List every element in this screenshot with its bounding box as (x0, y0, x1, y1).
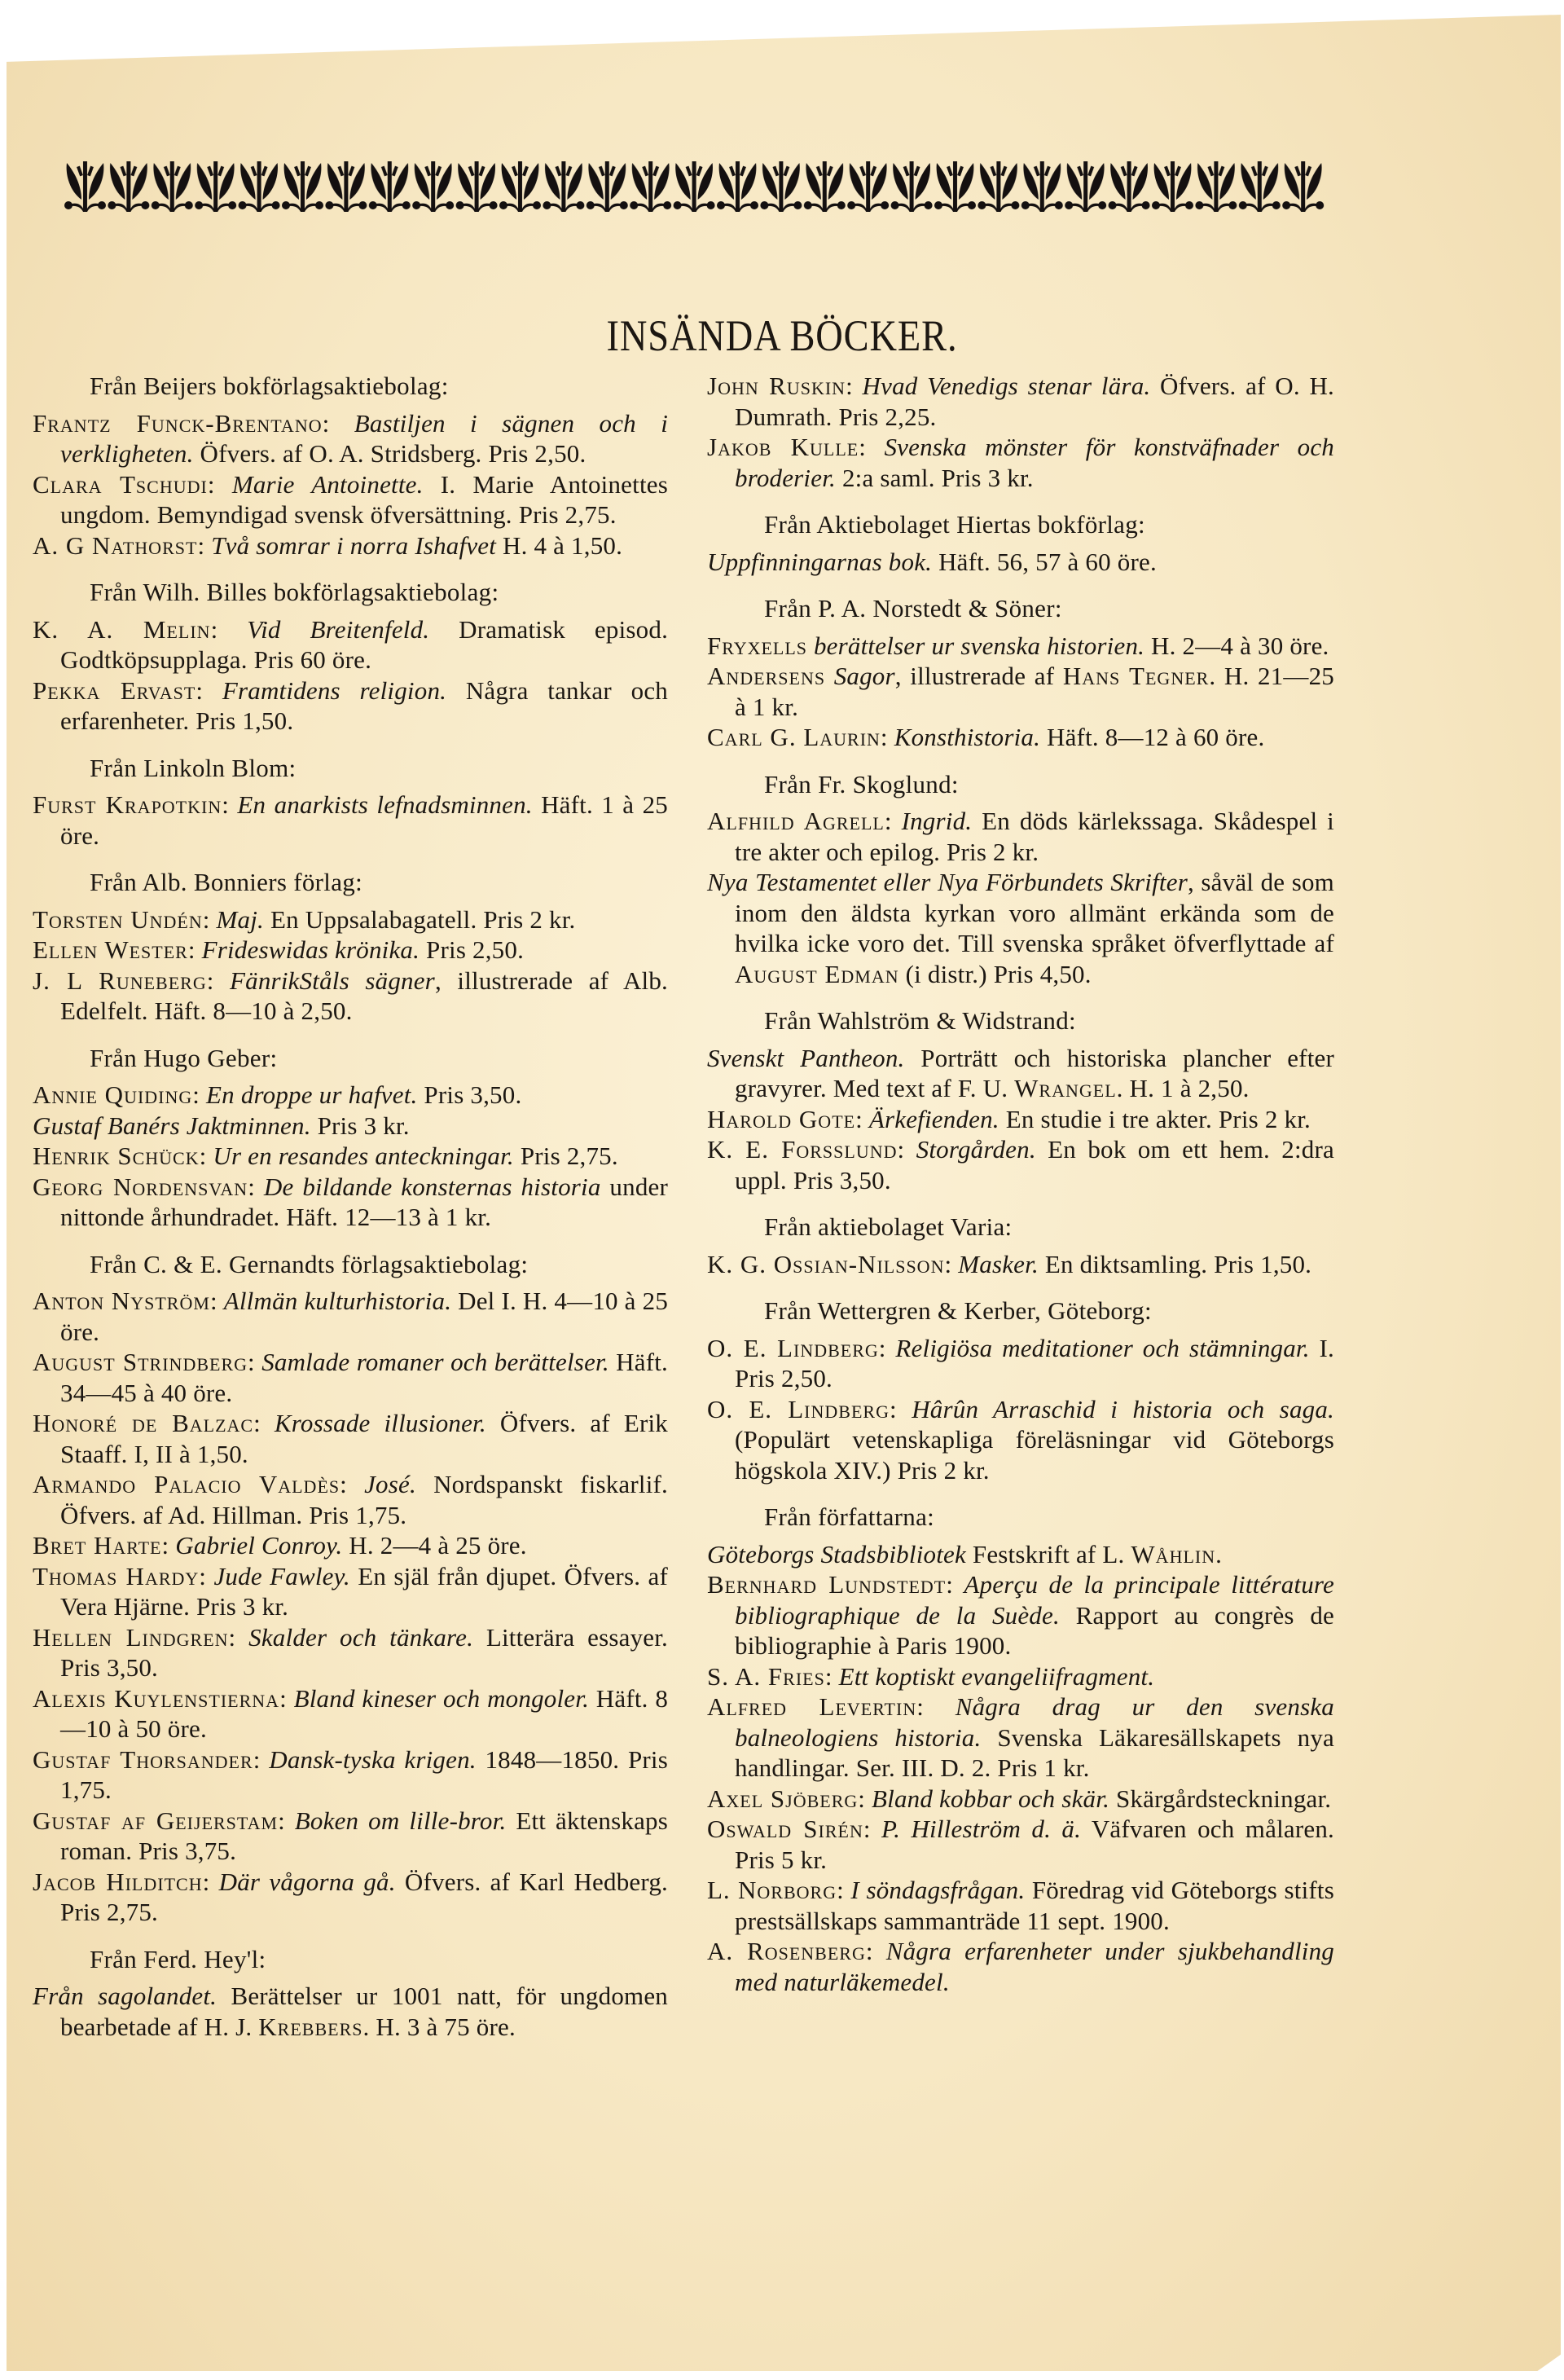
author-name: Pekka Ervast (33, 676, 195, 705)
book-entry: Ellen Wester: Frideswidas krönika. Pris … (33, 935, 668, 966)
publisher-heading: Från Wettergren & Kerber, Göteborg: (707, 1296, 1334, 1326)
book-entry: Annie Quiding: En droppe ur hafvet. Pris… (33, 1080, 668, 1111)
author-name: K. E. Forsslund (707, 1135, 897, 1164)
author-name: Thomas Hardy (33, 1562, 199, 1590)
book-entry: Torsten Undén: Maj. En Uppsalabagatell. … (33, 904, 668, 935)
entry-details: : (279, 1684, 294, 1713)
publisher-section: Från Alb. Bonniers förlag:Torsten Undén:… (33, 867, 668, 1027)
book-entry: Bret Harte: Gabriel Conroy. H. 2—4 à 25 … (33, 1530, 668, 1561)
entry-details: Häft. 8—12 à 60 öre. (1040, 723, 1264, 751)
author-name: O. E. Lindberg (707, 1395, 890, 1423)
entry-details: : (203, 1867, 219, 1896)
publisher-heading: Från Ferd. Hey'l: (33, 1944, 668, 1975)
book-entry: S. A. Fries: Ett koptiskt evangeliifragm… (707, 1661, 1334, 1692)
entry-details: : (248, 1348, 261, 1376)
book-entry: Uppfinningarnas bok. Häft. 56, 57 à 60 ö… (707, 547, 1334, 578)
page-title: INSÄNDA BÖCKER. (109, 310, 1454, 361)
entry-details: Häft. 56, 57 à 60 öre. (932, 548, 1157, 576)
publisher-heading: Från Alb. Bonniers förlag: (33, 867, 668, 898)
publisher-heading: Från Linkoln Blom: (33, 753, 668, 784)
entry-details: : (161, 1531, 175, 1560)
publisher-section: Från Wilh. Billes bokförlagsaktiebolag:K… (33, 577, 668, 737)
book-entry: Georg Nordensvan: De bildande konsternas… (33, 1172, 668, 1233)
author-name: A. G Nathorst (33, 531, 197, 560)
publisher-heading: Från Wahlström & Widstrand: (707, 1005, 1334, 1036)
publisher-section: Från Wettergren & Kerber, Göteborg:O. E.… (707, 1296, 1334, 1485)
author-name: Gustaf Thorsander (33, 1745, 253, 1774)
book-title: Bland kineser och mongoler. (294, 1684, 589, 1713)
entry-details: : (825, 1662, 839, 1691)
entry-details: : (323, 409, 354, 438)
entry-details: : (248, 1172, 264, 1201)
entry-details: En studie i tre akter. Pris 2 kr. (999, 1105, 1311, 1133)
book-title: Konsthistoria. (894, 723, 1040, 751)
book-entry: Göteborgs Stadsbibliotek Festskrift af L… (707, 1539, 1334, 1570)
book-title: FänrikStåls sägner (230, 966, 435, 995)
book-entry: Thomas Hardy: Jude Fawley. En själ från … (33, 1561, 668, 1622)
entry-details: : (846, 372, 862, 400)
publisher-heading: Från Beijers bokförlagsaktiebolag: (33, 371, 668, 402)
book-title: En anarkists lefnadsminnen. (237, 790, 532, 819)
book-title: Samlade romaner och berättelser. (261, 1348, 609, 1376)
book-title: Marie Antoinette. (232, 470, 424, 499)
book-entry: Alfred Levertin: Några drag ur den svens… (707, 1692, 1334, 1784)
author-name: Ellen Wester (33, 935, 188, 964)
book-title: Sagor (834, 662, 895, 690)
author-name: Torsten Undén (33, 905, 203, 934)
entry-details: En diktsamling. Pris 1,50. (1039, 1250, 1311, 1278)
book-title: Vid Breitenfeld. (247, 615, 429, 644)
book-title: En droppe ur hafvet. (206, 1080, 417, 1109)
author-name: Annie Quiding (33, 1080, 192, 1109)
book-title: Allmän kulturhistoria. (224, 1287, 451, 1315)
right-column: John Ruskin: Hvad Venedigs stenar lära. … (707, 371, 1334, 1997)
book-entry: Bernhard Lundstedt: Aperçu de la princip… (707, 1569, 1334, 1661)
publisher-section: Från Wahlström & Widstrand:Svenskt Panth… (707, 1005, 1334, 1195)
entry-details: : (866, 1937, 886, 1965)
author-name: L. Norborg (707, 1876, 837, 1904)
book-title: Jude Fawley. (213, 1562, 349, 1590)
book-title: Storgården. (916, 1135, 1036, 1164)
author-name: August Edman (735, 960, 899, 988)
author-name: Axel Sjöberg (707, 1784, 858, 1813)
book-entry: L. Norborg: I söndagsfrågan. Föredrag vi… (707, 1875, 1334, 1936)
book-entry: A. Rosenberg: Några erfarenheter under s… (707, 1936, 1334, 1997)
book-title: Boken om lille-bror. (295, 1806, 507, 1835)
book-entry: Nya Testamentet eller Nya Förbundets Skr… (707, 867, 1334, 989)
book-entry: Furst Krapotkin: En anarkists lefnadsmin… (33, 790, 668, 851)
entry-details: Pris 2,50. (420, 935, 524, 964)
author-name: Andersens (707, 662, 825, 690)
entry-details: : (192, 1080, 206, 1109)
book-entry: O. E. Lindberg: Hârûn Arraschid i histor… (707, 1394, 1334, 1486)
book-title: berättelser ur svenska historien. (814, 631, 1144, 660)
author-name: Armando Palacio Valdès (33, 1470, 340, 1498)
book-title: Från sagolandet. (33, 1982, 217, 2010)
entry-details: H. 4 à 1,50. (496, 531, 622, 560)
entry-details: (i distr.) Pris 4,50. (899, 960, 1092, 988)
author-name: Alfred Levertin (707, 1692, 916, 1721)
entry-details: : (188, 935, 202, 964)
author-name: O. E. Lindberg (707, 1334, 879, 1362)
book-title: Där vågorna gå. (219, 1867, 396, 1896)
author-name: Frantz Funck-Brentano (33, 409, 323, 438)
entry-details: . (1215, 1540, 1222, 1568)
entry-details: , illustrerade af (895, 662, 1063, 690)
author-name: Gustaf af Geijerstam (33, 1806, 278, 1835)
entry-details: : (208, 470, 232, 499)
publisher-section: Från Fr. Skoglund:Alfhild Agrell: Ingrid… (707, 769, 1334, 990)
book-title: Hârûn Arraschid i historia och saga. (912, 1395, 1334, 1423)
entry-details: : (837, 1876, 850, 1904)
publisher-section: Från P. A. Norstedt & Söner:Fryxells ber… (707, 593, 1334, 753)
book-entry: Alfhild Agrell: Ingrid. En döds kärlekss… (707, 806, 1334, 867)
publisher-section: Från aktiebolaget Varia:K. G. Ossian-Nil… (707, 1212, 1334, 1279)
book-entry: Henrik Schück: Ur en resandes anteckning… (33, 1141, 668, 1172)
author-name: K. A. Melin (33, 615, 211, 644)
book-entry: Pekka Ervast: Framtidens religion. Några… (33, 675, 668, 737)
author-name: Anton Nyström (33, 1287, 210, 1315)
book-entry: K. G. Ossian-Nilsson: Masker. En diktsam… (707, 1249, 1334, 1280)
author-name: Bret Harte (33, 1531, 161, 1560)
entry-details: : (340, 1470, 364, 1498)
entry-details: : (211, 615, 248, 644)
publisher-heading: Från Hugo Geber: (33, 1043, 668, 1074)
entry-details: Festskrift af L. (966, 1540, 1131, 1568)
publisher-section: Från Aktiebolaget Hiertas bokförlag:Uppf… (707, 509, 1334, 577)
author-name: Jakob Kulle (707, 433, 859, 461)
author-name: Wåhlin (1131, 1540, 1215, 1568)
book-title: Uppfinningarnas bok. (707, 548, 932, 576)
author-name: A. Rosenberg (707, 1937, 866, 1965)
book-entry: Jacob Hilditch: Där vågorna gå. Öfvers. … (33, 1867, 668, 1928)
entry-details: : (858, 1784, 872, 1813)
entry-details (825, 662, 834, 690)
entry-details: : (253, 1745, 270, 1774)
author-name: Harold Gote (707, 1105, 855, 1133)
author-name: Hellen Lindgren (33, 1623, 229, 1652)
entry-details: : (944, 1250, 958, 1278)
book-entry: Hellen Lindgren: Skalder och tänkare. Li… (33, 1622, 668, 1683)
book-title: Religiösa meditationer och stämningar. (895, 1334, 1309, 1362)
entry-details: : (222, 790, 237, 819)
book-title: Göteborgs Stadsbibliotek (707, 1540, 966, 1568)
book-entry: O. E. Lindberg: Religiösa meditationer o… (707, 1333, 1334, 1394)
book-title: De bildande konsternas historia (264, 1172, 601, 1201)
publisher-section: John Ruskin: Hvad Venedigs stenar lära. … (707, 371, 1334, 493)
book-entry: John Ruskin: Hvad Venedigs stenar lära. … (707, 371, 1334, 432)
entry-details: : (897, 1135, 916, 1164)
entry-details: (Populärt vetenskapliga föreläsningar vi… (735, 1425, 1334, 1485)
book-title: Ärkefienden. (869, 1105, 999, 1133)
book-title: Frideswidas krönika. (202, 935, 420, 964)
publisher-section: Från Ferd. Hey'l:Från sagolandet. Berätt… (33, 1944, 668, 2043)
entry-details: Pris 3 kr. (311, 1111, 410, 1140)
left-column: Från Beijers bokförlagsaktiebolag:Frantz… (33, 371, 668, 2042)
book-title: Nya Testamentet eller Nya Förbundets Skr… (707, 868, 1188, 896)
entry-details: : (253, 1409, 275, 1437)
publisher-heading: Från aktiebolaget Varia: (707, 1212, 1334, 1243)
entry-details: : (229, 1623, 249, 1652)
book-entry: Carl G. Laurin: Konsthistoria. Häft. 8—1… (707, 722, 1334, 753)
entry-details: H. 2—4 à 25 öre. (342, 1531, 526, 1560)
book-title: Hvad Venedigs stenar lära. (863, 372, 1151, 400)
author-name: Clara Tschudi (33, 470, 208, 499)
book-title: Två somrar i norra Ishafvet (211, 531, 496, 560)
publisher-heading: Från P. A. Norstedt & Söner: (707, 593, 1334, 624)
entry-details: : (881, 723, 894, 751)
entry-details: : (200, 1142, 213, 1170)
book-entry: Armando Palacio Valdès: José. Nordspansk… (33, 1469, 668, 1530)
entry-details: En Uppsalabagatell. Pris 2 kr. (264, 905, 575, 934)
publisher-section: Från Linkoln Blom:Furst Krapotkin: En an… (33, 753, 668, 851)
entry-details: : (195, 676, 222, 705)
entry-details: : (199, 1562, 213, 1590)
book-title: Krossade illusioner. (275, 1409, 486, 1437)
author-name: Hans Tegner (1063, 662, 1210, 690)
author-name: Georg Nordensvan (33, 1172, 248, 1201)
book-entry: Alexis Kuylenstierna: Bland kineser och … (33, 1683, 668, 1744)
publisher-heading: Från Wilh. Billes bokförlagsaktiebolag: (33, 577, 668, 608)
book-entry: Honoré de Balzac: Krossade illusioner. Ö… (33, 1408, 668, 1469)
author-name: Fryxells (707, 631, 807, 660)
book-title: Maj. (217, 905, 265, 934)
book-entry: Från sagolandet. Berättelser ur 1001 nat… (33, 1981, 668, 2042)
entry-details: : (210, 1287, 224, 1315)
publisher-section: Från Beijers bokförlagsaktiebolag:Frantz… (33, 371, 668, 561)
entry-details: : (885, 807, 902, 835)
author-name: Alexis Kuylenstierna (33, 1684, 279, 1713)
book-entry: A. G Nathorst: Två somrar i norra Ishafv… (33, 530, 668, 561)
leaf-and-berry-border-ornament-icon (64, 155, 1325, 220)
book-entry: Andersens Sagor, illustrerade af Hans Te… (707, 661, 1334, 722)
book-title: Ingrid. (902, 807, 973, 835)
entry-details: : (863, 1815, 881, 1843)
entry-details: : (278, 1806, 295, 1835)
publisher-heading: Från Aktiebolaget Hiertas bokförlag: (707, 509, 1334, 540)
book-entry: K. E. Forsslund: Storgården. En bok om e… (707, 1134, 1334, 1195)
entry-details: : (859, 433, 884, 461)
entry-details: Skärgårdsteckningar. (1109, 1784, 1331, 1813)
entry-details: 2:a saml. Pris 3 kr. (836, 464, 1034, 492)
publisher-section: Från C. & E. Gernandts förlagsaktiebolag… (33, 1249, 668, 1928)
author-name: S. A. Fries (707, 1662, 825, 1691)
book-entry: Jakob Kulle: Svenska mönster för konstvä… (707, 432, 1334, 493)
author-name: August Strindberg (33, 1348, 248, 1376)
book-title: Dansk-tyska krigen. (269, 1745, 477, 1774)
book-entry: Svenskt Pantheon. Porträtt och historisk… (707, 1043, 1334, 1104)
entry-details: : (879, 1334, 896, 1362)
book-title: P. Hilleström d. ä. (881, 1815, 1081, 1843)
publisher-heading: Från författarna: (707, 1502, 1334, 1533)
book-entry: Frantz Funck-Brentano: Bastiljen i sägne… (33, 408, 668, 469)
author-name: Oswald Sirén (707, 1815, 863, 1843)
entry-details (807, 631, 814, 660)
author-name: K. G. Ossian-Nilsson (707, 1250, 944, 1278)
book-entry: Gustaf Thorsander: Dansk-tyska krigen. 1… (33, 1744, 668, 1806)
book-entry: Gustaf Banérs Jaktminnen. Pris 3 kr. (33, 1111, 668, 1142)
entry-details: Pris 3,50. (417, 1080, 521, 1109)
author-name: J. L Runeberg (33, 966, 207, 995)
entry-details: : (855, 1105, 869, 1133)
author-name: Henrik Schück (33, 1142, 200, 1170)
publisher-section: Från Hugo Geber:Annie Quiding: En droppe… (33, 1043, 668, 1233)
book-entry: Clara Tschudi: Marie Antoinette. I. Mari… (33, 469, 668, 530)
book-entry: K. A. Melin: Vid Breitenfeld. Dramatisk … (33, 614, 668, 675)
author-name: Krebbers (258, 2013, 362, 2041)
book-title: Gabriel Conroy. (175, 1531, 342, 1560)
author-name: Furst Krapotkin (33, 790, 222, 819)
book-entry: August Strindberg: Samlade romaner och b… (33, 1347, 668, 1408)
book-entry: Fryxells berättelser ur svenska historie… (707, 631, 1334, 662)
publisher-heading: Från Fr. Skoglund: (707, 769, 1334, 800)
entry-details: : (197, 531, 211, 560)
entry-details: : (207, 966, 230, 995)
entry-details: Pris 2,75. (514, 1142, 618, 1170)
entry-details: . H. 3 à 75 öre. (362, 2013, 515, 2041)
book-entry: J. L Runeberg: FänrikStåls sägner, illus… (33, 966, 668, 1027)
entry-details: : (890, 1395, 912, 1423)
book-title: Ett koptiskt evangeliifragment. (839, 1662, 1155, 1691)
author-name: Carl G. Laurin (707, 723, 881, 751)
book-title: Gustaf Banérs Jaktminnen. (33, 1111, 311, 1140)
book-title: José. (364, 1470, 416, 1498)
entry-details: Öfvers. af O. A. Stridsberg. Pris 2,50. (194, 439, 586, 468)
book-title: Framtidens religion. (222, 676, 446, 705)
entry-details: . H. 1 à 2,50. (1117, 1074, 1250, 1102)
entry-details: : (946, 1570, 964, 1599)
author-name: Jacob Hilditch (33, 1867, 203, 1896)
author-name: Alfhild Agrell (707, 807, 885, 835)
publisher-section: Från författarna:Göteborgs Stadsbibliote… (707, 1502, 1334, 1997)
author-name: Bernhard Lundstedt (707, 1570, 946, 1599)
author-name: Honoré de Balzac (33, 1409, 253, 1437)
book-entry: Axel Sjöberg: Bland kobbar och skär. Skä… (707, 1784, 1334, 1815)
book-title: Ur en resandes anteckningar. (213, 1142, 514, 1170)
book-title: Bland kobbar och skär. (872, 1784, 1109, 1813)
publisher-heading: Från C. & E. Gernandts förlagsaktiebolag… (33, 1249, 668, 1280)
book-title: I söndagsfrågan. (850, 1876, 1025, 1904)
book-entry: Gustaf af Geijerstam: Boken om lille-bro… (33, 1806, 668, 1867)
book-entry: Harold Gote: Ärkefienden. En studie i tr… (707, 1104, 1334, 1135)
book-entry: Oswald Sirén: P. Hilleström d. ä. Väfvar… (707, 1814, 1334, 1875)
author-name: Wrangel (1014, 1074, 1116, 1102)
entry-details: : (203, 905, 217, 934)
book-entry: Anton Nyström: Allmän kulturhistoria. De… (33, 1286, 668, 1347)
entry-details: H. 2—4 à 30 öre. (1144, 631, 1329, 660)
entry-details: : (916, 1692, 955, 1721)
book-title: Svenskt Pantheon. (707, 1044, 905, 1072)
book-title: Skalder och tänkare. (248, 1623, 473, 1652)
book-title: Masker. (958, 1250, 1039, 1278)
author-name: John Ruskin (707, 372, 846, 400)
